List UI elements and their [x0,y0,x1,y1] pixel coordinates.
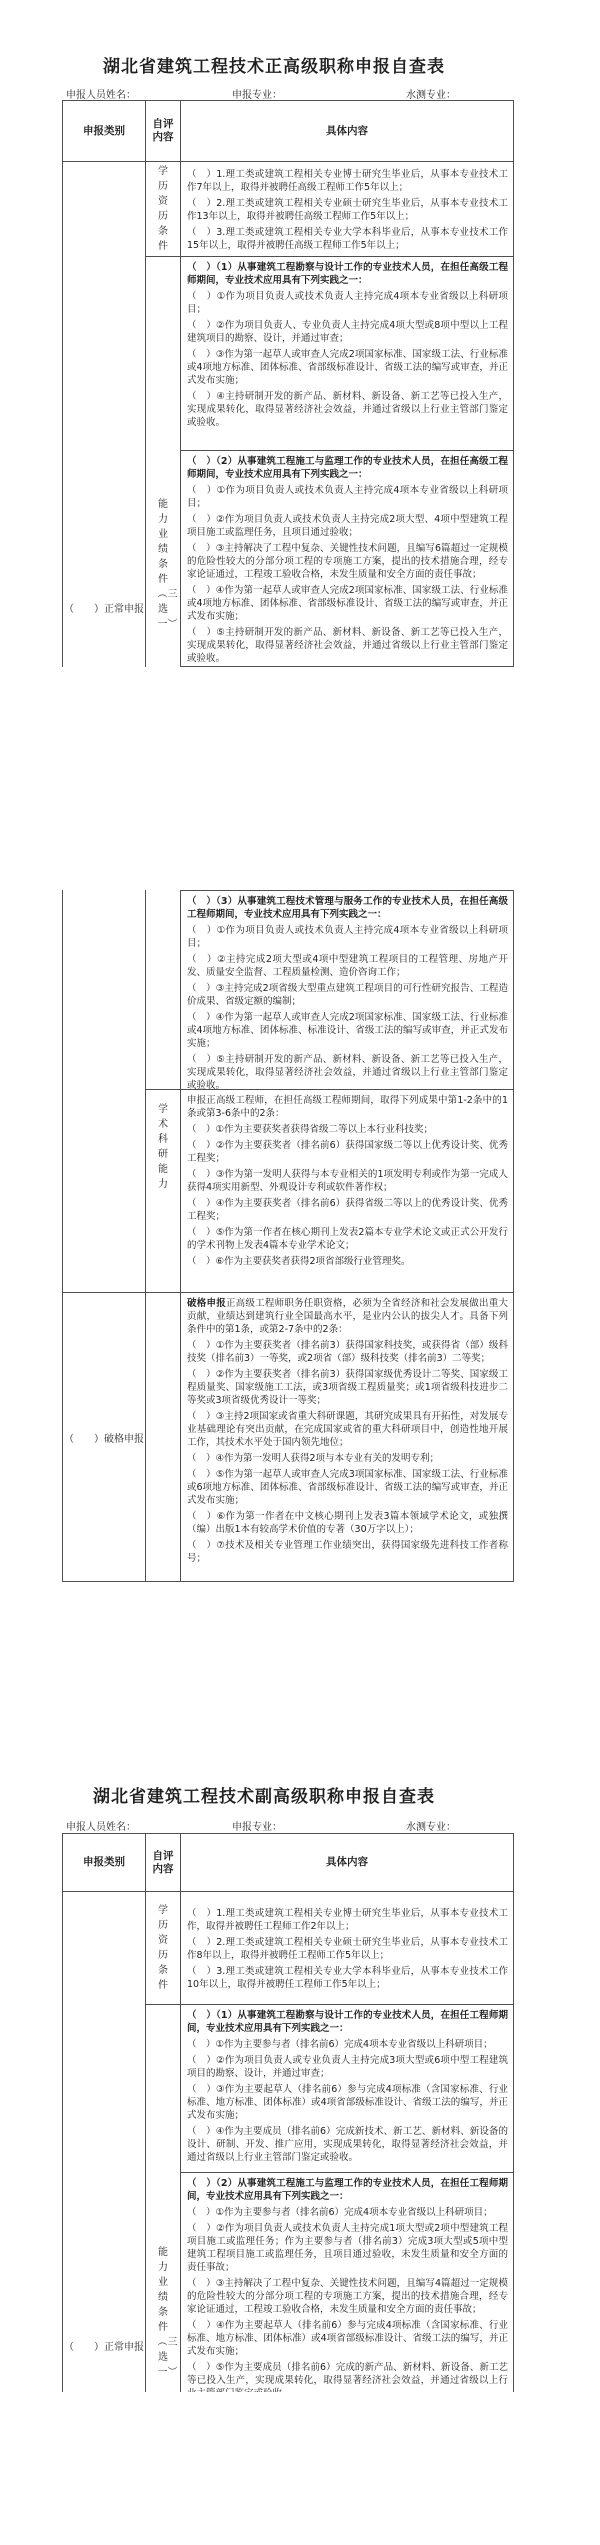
field-water-major: 水测专业： [406,86,456,101]
checkbox-item: （ ）④作为第一发明人获得2项与本专业有关的发明专利； [187,1452,508,1465]
academic-label-vertical: 学术科研能力 [158,1102,169,1192]
fields-row-deputy: 申报人员姓名： 申报专业： 水测专业： [0,1818,600,1832]
checkbox-item: （ ）④作为主要成员（排名前6）完成新技术、新工艺、新材料、新设备的设计、研制、… [187,2125,508,2164]
fields-row-senior: 申报人员姓名： 申报专业： 水测专业： [0,86,600,100]
checkbox-item: （ ）①作为项目负责人或技术负责人主持完成4项本专业省级以上科研项目； [187,484,508,510]
checkbox-item: （ ）③作为主要起草人（排名前6）参与完成4项标准（含国家标准、行业标准、地方标… [187,2083,508,2122]
section-head: （ ）（1）从事建筑工程勘察与设计工作的专业技术人员，在担任工程师期间，专业技术… [187,2009,508,2035]
edu-content-cell: （ ）1.理工类或建筑工程相关专业博士研究生毕业后，从事本专业技术工作7年以上，… [181,162,514,257]
checkbox-item: （ ）1.理工类或建筑工程相关专业博士研究生毕业后，从事本专业技术工作7年以上，… [187,168,508,194]
checkbox-item: （ ）③主持解决了工程中复杂、关键性技术问题，且编写6篇超过一定规模的危险性较大… [187,542,508,581]
checkbox-item: （ ）③主持完成2项省级大型重点建筑工程项目的可行性研究报告、工程造价成果、省级… [187,982,508,1008]
checkbox-item: （ ）②作为项目负责人或技术负责人主持完成2项大型、4项中型建筑工程项目施工或监… [187,513,508,539]
checkbox-item: （ ）④主持研制开发的新产品、新材料、新设备、新工艺等已投入生产，实现成果转化，… [187,390,508,429]
edu-label-vertical: 学历资历条件 [158,164,169,254]
checkbox-item: （ ）①作为主要获奖者（排名前3）获得国家科技奖，或获得省（部）级科技奖（排名前… [187,1339,508,1365]
category-cell-exception: （ ）破格申报 [62,1293,146,1582]
section-head: （ ）（2）从事建筑工程施工与监理工作的专业技术人员，在担任高级工程师期间，专业… [187,455,508,481]
checkbox-item: （ ）③主持解决了工程中复杂、关键性技术问题，且编写4篇超过一定规模的危险性较大… [187,2277,508,2316]
checkbox-item: （ ）④作为主要起草人（排名前6）参与完成4项标准（含国家标准、行业标准、地方标… [187,2319,508,2358]
checkbox-item: （ ）①作为主要参与者（排名前6）完成4项本专业省级以上科研项目； [187,2038,508,2051]
field-applicant-name: 申报人员姓名： [66,1818,136,1833]
table-header-self-eval: 自评内容 [146,1833,181,1892]
checkbox-item: （ ）④作为第一起草人或审查人完成2项国家标准、国家级工法、行业标准或4项地方标… [187,1011,508,1050]
table-header-content: 具体内容 [181,1833,514,1892]
category-cell-normal: （ ）正常申报 [62,1892,146,2392]
checkbox-item: （ ）3.理工类或建筑工程相关专业大学本科毕业后，从事本专业技术工作15年以上，… [187,226,508,252]
field-apply-major: 申报专业： [232,86,282,101]
self-eval-cell-ability-cont [146,890,181,1090]
checkbox-item: （ ）⑦技术及相关专业管理工作业绩突出，获得国家级先进科技工作者称号； [187,1539,508,1565]
table-senior-part2: （ ）（3）从事建筑工程技术管理与服务工作的专业技术人员，在担任高级工程师期间，… [62,890,514,1582]
self-eval-cell-ability: 能力业绩条件︵三选一︶ [146,257,181,667]
exception-content-cell: 破格申报正高级工程师职务任职资格，必须为全省经济和社会发展做出重大贡献，业绩达到… [181,1293,514,1582]
checkbox-item: （ ）①作为主要获奖者获得省级二等以上本行业科技奖； [187,1123,508,1136]
exception-lead: 破格申报 [187,1298,226,1309]
category-normal-label: （ ）正常申报 [63,2338,145,2353]
checkbox-item: （ ）①作为项目负责人或技术负责人主持完成4项本专业省级以上科研项目； [187,924,508,950]
edu-label-vertical: 学历资历条件 [158,1903,169,1993]
self-eval-cell-edu: 学历资历条件 [146,1892,181,2005]
category-cell-normal-cont [62,890,146,1293]
checkbox-item: （ ）③作为第一发明人获得与本专业相关的1项发明专利或作为第一完成人获得4项实用… [187,1168,508,1194]
category-cell-normal: （ ）正常申报 [62,162,146,667]
checkbox-item: （ ）④作为主要获奖者（排名前6）获得省级二等以上的优秀设计奖、优秀工程奖； [187,1197,508,1223]
table-header-category: 申报类别 [62,1833,146,1892]
self-eval-cell-academic: 学术科研能力 [146,1090,181,1293]
self-eval-cell-ability: 能力业绩条件︵三选一︶ [146,2005,181,2392]
doc-title-deputy: 湖北省建筑工程技术副高级职称申报自查表 [93,1782,435,1807]
self-eval-cell-exception-empty [146,1293,181,1582]
table-senior-part1: 申报类别 自评内容 具体内容 （ ）正常申报 学历资历条件 （ ）1.理工类或建… [62,100,514,667]
checkbox-item: （ ）②作为项目负责人或专业负责人主持完成3项大型或6项中型工程建筑项目的勘察、… [187,2054,508,2080]
category-normal-label: （ ）正常申报 [63,600,145,615]
ability-section-3-cell: （ ）（3）从事建筑工程技术管理与服务工作的专业技术人员，在担任高级工程师期间，… [181,890,514,1090]
checkbox-item: （ ）②作为主要获奖者（排名前3）获得国家级优秀设计二等奖、国家级工程质量奖、国… [187,1368,508,1407]
checkbox-item: （ ）⑤作为主要成员（排名前6）完成的新产品、新材料、新设备、新工艺等已投入生产… [187,2361,508,2392]
table-header-category: 申报类别 [62,100,146,162]
checkbox-item: （ ）⑤作为第一起草人或审查人完成3项国家标准、国家级工法、行业标准或6项地方标… [187,1468,508,1507]
academic-content-cell: 申报正高级工程师，在担任高级工程师期间，取得下列成果中第1-2条中的1条或第3-… [181,1090,514,1293]
checkbox-item: （ ）③主持2项国家或省重大科研课题，其研究成果具有开拓性，对发展专业基础理论有… [187,1410,508,1449]
ability-section-2-cell: （ ）（2）从事建筑工程施工与监理工作的专业技术人员，在担任工程师期间，专业技术… [181,2173,514,2392]
checkbox-item: （ ）2.理工类或建筑工程相关专业硕士研究生毕业后，从事本专业技术工作8年以上，… [187,1936,508,1962]
ability-section-1-cell: （ ）（1）从事建筑工程勘察与设计工作的专业技术人员，在担任高级工程师期间，专业… [181,257,514,451]
section-head: （ ）（2）从事建筑工程施工与监理工作的专业技术人员，在担任工程师期间，专业技术… [187,2177,508,2203]
field-applicant-name: 申报人员姓名： [66,86,136,101]
checkbox-item: （ ）①作为主要参与者（排名前6）完成4项本专业省级以上科研项目； [187,2206,508,2219]
ability-section-2-cell: （ ）（2）从事建筑工程施工与监理工作的专业技术人员，在担任高级工程师期间，专业… [181,451,514,667]
doc-title-senior: 湖北省建筑工程技术正高级职称申报自查表 [103,52,445,77]
checkbox-item: （ ）3.理工类或建筑工程相关专业大学本科毕业后，从事本专业技术工作10年以上，… [187,1965,508,1991]
section-head: （ ）（1）从事建筑工程勘察与设计工作的专业技术人员，在担任高级工程师期间，专业… [187,261,508,287]
checkbox-item: （ ）①作为项目负责人或技术负责人主持完成4项本专业省级以上科研项目； [187,290,508,316]
document-page: 湖北省建筑工程技术正高级职称申报自查表 申报人员姓名： 申报专业： 水测专业： … [0,0,600,2545]
table-deputy: 申报类别 自评内容 具体内容 （ ）正常申报 学历资历条件 （ ）1.理工类或建… [62,1833,514,2392]
field-apply-major: 申报专业： [232,1818,282,1833]
checkbox-item: （ ）⑤主持研制开发的新产品、新材料、新设备、新工艺等已投入生产，实现成果转化，… [187,1053,508,1090]
ability-label-vertical: 能力业绩条件︵三选一︶ [158,497,169,632]
ability-label-vertical: 能力业绩条件︵三选一︶ [158,2245,169,2380]
checkbox-item: （ ）2.理工类或建筑工程相关专业硕士研究生毕业后，从事本专业技术工作13年以上… [187,197,508,223]
section-head: 申报正高级工程师，在担任高级工程师期间，取得下列成果中第1-2条中的1条或第3-… [187,1094,508,1120]
checkbox-item: （ ）②主持完成2项大型或4项中型建筑工程项目的工程管理、房地产开发、质量安全监… [187,953,508,979]
checkbox-item: （ ）⑤主持研制开发的新产品、新材料、新设备、新工艺等已投入生产，实现成果转化，… [187,626,508,665]
checkbox-item: （ ）⑤作为第一作者在核心期刊上发表2篇本专业学术论文或正式公开发行的学术刊物上… [187,1226,508,1252]
checkbox-item: （ ）③作为第一起草人或审查人完成2项国家标准、国家级工法、行业标准或4项地方标… [187,348,508,387]
self-eval-cell-edu: 学历资历条件 [146,162,181,257]
section-head: （ ）（3）从事建筑工程技术管理与服务工作的专业技术人员，在担任高级工程师期间，… [187,895,508,921]
table-header-self-eval: 自评内容 [146,100,181,162]
checkbox-item: （ ）②作为项目负责人或技术负责人主持完成1项大型或2项中型建筑工程项目施工或监… [187,2222,508,2274]
checkbox-item: （ ）④作为第一起草人或审查人完成2项国家标准、国家级工法、行业标准或4项地方标… [187,584,508,623]
table-header-content: 具体内容 [181,100,514,162]
edu-content-cell: （ ）1.理工类或建筑工程相关专业博士研究生毕业后，从事本专业技术工作，取得并被… [181,1892,514,2005]
checkbox-item: （ ）②作为主要获奖者（排名前6）获得国家级二等以上优秀设计奖、优秀工程奖； [187,1139,508,1165]
checkbox-item: （ ）②作为项目负责人、专业负责人主持完成4项大型或8项中型以上工程建筑项目的勘… [187,319,508,345]
ability-section-1-cell: （ ）（1）从事建筑工程勘察与设计工作的专业技术人员，在担任工程师期间，专业技术… [181,2005,514,2173]
checkbox-item: （ ）⑥作为第一作者在中文核心期刊上发表3篇本领域学术论文，或独撰（编）出版1本… [187,1510,508,1536]
checkbox-item: （ ）1.理工类或建筑工程相关专业博士研究生毕业后，从事本专业技术工作，取得并被… [187,1907,508,1933]
checkbox-item: （ ）⑥作为主要获奖者获得2项省部级行业管理奖。 [187,1255,508,1268]
exception-intro: 正高级工程师职务任职资格，必须为全省经济和社会发展做出重大贡献，业绩达到建筑行业… [187,1298,508,1335]
category-exception-label: （ ）破格申报 [63,1293,145,1581]
field-water-major: 水测专业： [406,1818,456,1833]
